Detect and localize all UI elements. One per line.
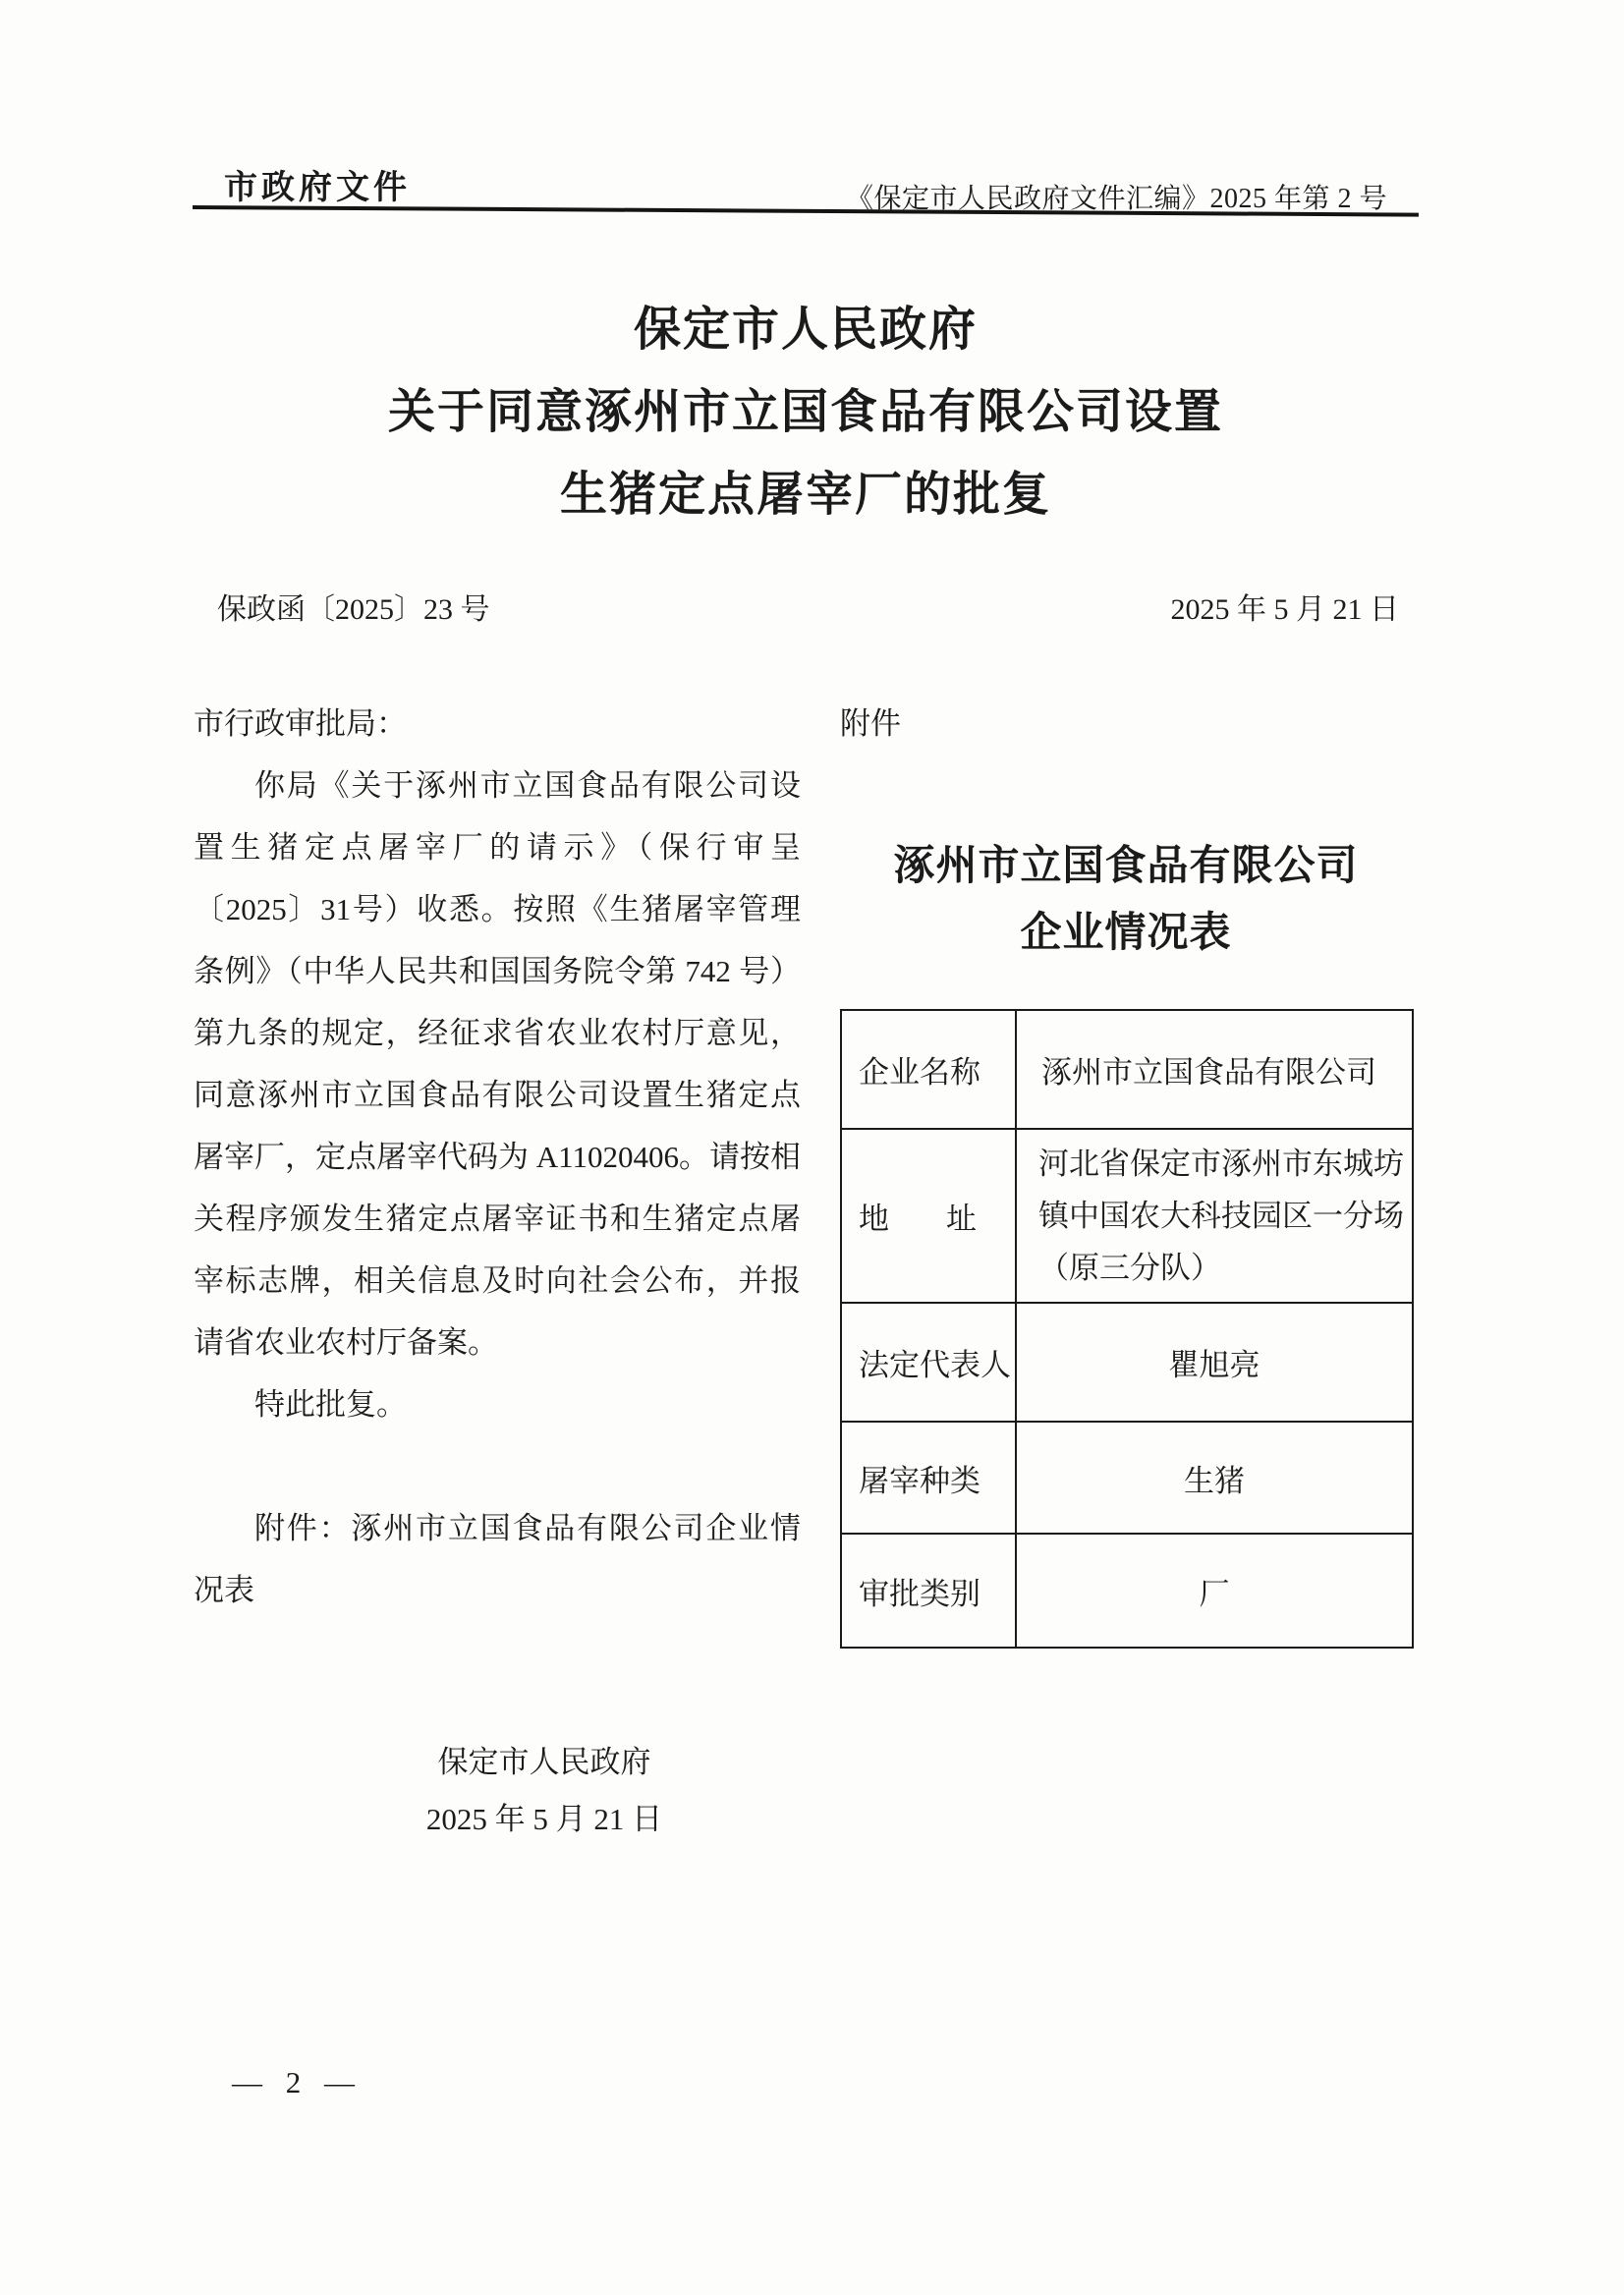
- title-line-2: 关于同意涿州市立国食品有限公司设置: [194, 371, 1418, 454]
- title-line-1: 保定市人民政府: [194, 289, 1418, 371]
- enterprise-info-table: 企业名称涿州市立国食品有限公司地址河北省保定市涿州市东城坊镇中国农大科技园区一分…: [840, 1009, 1414, 1649]
- row-value-cell: 瞿旭亮: [1016, 1303, 1413, 1422]
- table-row: 地址河北省保定市涿州市东城坊镇中国农大科技园区一分场（原三分队）: [841, 1129, 1413, 1303]
- document-title: 保定市人民政府 关于同意涿州市立国食品有限公司设置 生猪定点屠宰厂的批复: [194, 289, 1418, 536]
- attachment-heading: 涿州市立国食品有限公司 企业情况表: [840, 833, 1412, 967]
- attachment-heading-line-2: 企业情况表: [840, 900, 1412, 967]
- letter-body-paragraph: 你局《关于涿州市立国食品有限公司设置生猪定点屠宰厂的请示》（保行审呈〔2025〕…: [194, 755, 801, 1373]
- signature-date: 2025 年 5 月 21 日: [241, 1791, 848, 1848]
- document-page: 市政府文件 《保定市人民政府文件汇编》2025 年第 2 号 保定市人民政府 关…: [0, 0, 1624, 2295]
- row-value-cell: 涿州市立国食品有限公司: [1016, 1010, 1413, 1129]
- closing-line: 特此批复。: [194, 1373, 801, 1435]
- salutation: 市行政审批局：: [194, 693, 801, 755]
- row-value-cell: 河北省保定市涿州市东城坊镇中国农大科技园区一分场（原三分队）: [1016, 1129, 1413, 1303]
- row-label-cell: 屠宰种类: [841, 1422, 1016, 1534]
- table-row: 屠宰种类生猪: [841, 1422, 1413, 1534]
- doc-number: 保政函〔2025〕23 号: [217, 588, 490, 633]
- attachment-column: 附件 涿州市立国食品有限公司 企业情况表 企业名称涿州市立国食品有限公司地址河北…: [840, 693, 1412, 1649]
- attachment-note: 附件：涿州市立国食品有限公司企业情况表: [194, 1497, 801, 1621]
- row-value-cell: 厂: [1016, 1534, 1413, 1648]
- table-row: 法定代表人瞿旭亮: [841, 1303, 1413, 1422]
- title-line-3: 生猪定点屠宰厂的批复: [194, 454, 1418, 536]
- letter-column: 市行政审批局： 你局《关于涿州市立国食品有限公司设置生猪定点屠宰厂的请示》（保行…: [194, 693, 801, 1848]
- row-label-cell: 地址: [841, 1129, 1016, 1303]
- signature-name: 保定市人民政府: [241, 1734, 848, 1791]
- doc-date: 2025 年 5 月 21 日: [1171, 588, 1400, 633]
- attachment-label: 附件: [840, 693, 1412, 755]
- table-row: 审批类别厂: [841, 1534, 1413, 1648]
- table-row: 企业名称涿州市立国食品有限公司: [841, 1010, 1413, 1129]
- signature-block: 保定市人民政府 2025 年 5 月 21 日: [241, 1734, 848, 1848]
- masthead-series-label: 市政府文件: [224, 160, 411, 208]
- row-label-cell: 法定代表人: [841, 1303, 1016, 1422]
- reference-line: 保政函〔2025〕23 号 2025 年 5 月 21 日: [217, 588, 1399, 633]
- page-number: — 2 —: [232, 2065, 363, 2100]
- attachment-heading-line-1: 涿州市立国食品有限公司: [840, 833, 1412, 900]
- row-value-cell: 生猪: [1016, 1422, 1413, 1534]
- row-label-cell: 审批类别: [841, 1534, 1016, 1648]
- enterprise-table-body: 企业名称涿州市立国食品有限公司地址河北省保定市涿州市东城坊镇中国农大科技园区一分…: [841, 1010, 1413, 1648]
- row-label-cell: 企业名称: [841, 1010, 1016, 1129]
